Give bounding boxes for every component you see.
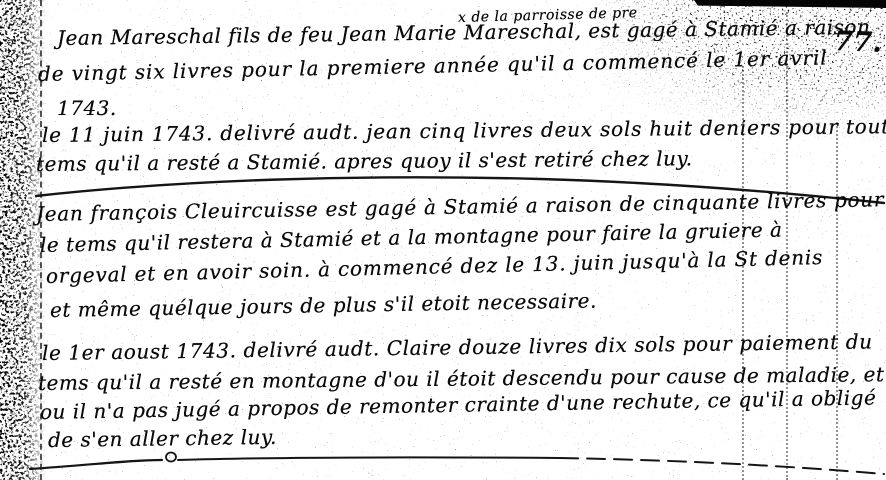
manuscript-page: x de la parroisse de pre Jean Mareschal … [0, 0, 886, 480]
page-speckle [0, 0, 886, 480]
